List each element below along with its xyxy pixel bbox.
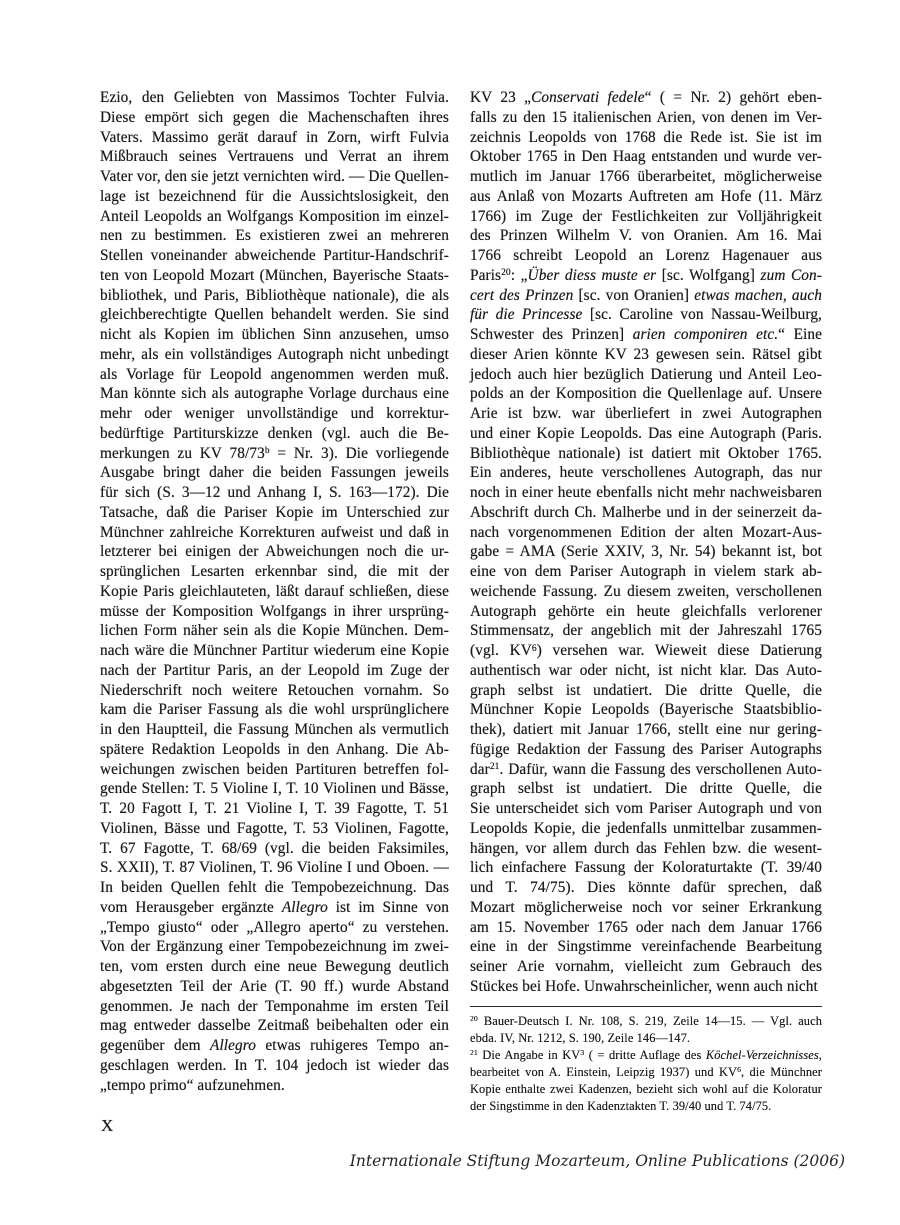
text-line: und einer Kopie Leopolds. Das eine Autog…: [470, 424, 822, 444]
text-line: 21 Die Angabe in KV3 ( = dritte Auflage …: [470, 1047, 822, 1064]
footnote-separator-rule: [470, 1006, 822, 1007]
text-line: als Vorlage für Leopold angenommen werde…: [100, 365, 449, 385]
text-line: graph selbst ist undatiert. Die dritte Q…: [470, 681, 822, 701]
text-line: zeichnis Leopolds von 1768 die Rede ist.…: [470, 128, 822, 148]
text-line: falls zu den 15 italienischen Arien, von…: [470, 108, 822, 128]
text-line: Anteil Leopolds an Wolfgangs Komposition…: [100, 207, 449, 227]
text-line: nicht als Kopien im üblichen Sinn anzuse…: [100, 325, 449, 345]
text-line: Niederschrift noch weitere Retouchen vor…: [100, 681, 449, 701]
text-line: authentisch war oder nicht, ist nicht kl…: [470, 661, 822, 681]
text-line: Kopie Paris gleichlauteten, läßt darauf …: [100, 582, 449, 602]
text-line: Stimmensatz, der angeblich mit der Jahre…: [470, 621, 822, 641]
text-line: Tatsache, daß die Pariser Kopie im Unter…: [100, 503, 449, 523]
text-line: Ein anderes, heute verschollenes Autogra…: [470, 463, 822, 483]
right-text-column: KV 23 „Conservati fedele“ ( = Nr. 2) geh…: [470, 88, 822, 1115]
text-line: lich einfachere Fassung der Koloraturtak…: [470, 858, 822, 878]
text-line: mag entweder dasselbe Zeitmaß beibehalte…: [100, 1016, 449, 1036]
text-line: Man könnte sich als autographe Vorlage d…: [100, 384, 449, 404]
text-line: des Prinzen Wilhelm V. von Oranien. Am 1…: [470, 226, 822, 246]
text-line: 1766) im Zuge der Festlichkeiten zur Vol…: [470, 207, 822, 227]
text-line: weichende Fassung. Zu diesem zweiten, ve…: [470, 582, 822, 602]
text-line: dar21. Dafür, wann die Fassung des versc…: [470, 760, 822, 780]
text-line: geschlagen werden. In T. 104 jedoch ist …: [100, 1056, 449, 1076]
text-line: weichungen zwischen beiden Partituren be…: [100, 760, 449, 780]
text-line: thek), datiert mit Januar 1766, stellt e…: [470, 720, 822, 740]
publication-footer: Internationale Stiftung Mozarteum, Onlin…: [350, 1152, 845, 1170]
text-line: abgesetzten Teil der Arie (T. 90 ff.) wu…: [100, 977, 449, 997]
text-line: bibliothek, und Paris, Bibliothèque nati…: [100, 286, 449, 306]
text-line: nach wäre die Münchner Partitur wiederum…: [100, 641, 449, 661]
text-line: Ausgabe bringt daher die beiden Fassunge…: [100, 463, 449, 483]
text-line: mehr, als ein vollständiges Autograph ni…: [100, 345, 449, 365]
text-line: Stellen voneinander abweichende Partitur…: [100, 246, 449, 266]
text-line: Mozart möglicherweise noch vor seiner Er…: [470, 898, 822, 918]
text-line: Arie ist bzw. war überliefert in zwei Au…: [470, 404, 822, 424]
text-line: Autograph gehörte ein heute gleichfalls …: [470, 602, 822, 622]
text-line: fügige Redaktion der Fassung des Pariser…: [470, 740, 822, 760]
document-page: Ezio, den Geliebten von Massimos Tochter…: [0, 0, 900, 1225]
page-number: X: [101, 1116, 113, 1136]
text-line: noch in einer heute ebenfalls nicht mehr…: [470, 483, 822, 503]
text-line: mehr oder weniger unvollständige und kor…: [100, 404, 449, 424]
footnote-20: 20 Bauer-Deutsch I. Nr. 108, S. 219, Zei…: [470, 1013, 822, 1047]
text-line: Sie unterscheidet sich vom Pariser Autog…: [470, 799, 822, 819]
text-line: (vgl. KV6) versehen war. Wieweit diese D…: [470, 641, 822, 661]
text-line: gabe = AMA (Serie XXIV, 3, Nr. 54) bekan…: [470, 542, 822, 562]
text-line: in den Hauptteil, die Fassung München al…: [100, 720, 449, 740]
text-line: Mißbrauch seines Vertrauens und Verrat a…: [100, 147, 449, 167]
two-column-text-block: Ezio, den Geliebten von Massimos Tochter…: [100, 88, 822, 1115]
text-line: Leopolds Kopie, die jedenfalls unmittelb…: [470, 819, 822, 839]
text-line: für sich (S. 3—12 und Anhang I, S. 163—1…: [100, 483, 449, 503]
text-line: Kopie enthalte zwei Kadenzen, bezieht si…: [470, 1081, 822, 1098]
text-line: Münchner Kopie Leopolds (Bayerische Staa…: [470, 700, 822, 720]
text-line: hängen, vor allem durch das Fehlen bzw. …: [470, 839, 822, 859]
text-line: Vaters. Massimo gerät darauf in Zorn, wi…: [100, 128, 449, 148]
text-line: genommen. Je nach der Temponahme im erst…: [100, 997, 449, 1017]
text-line: merkungen zu KV 78/73b = Nr. 3). Die vor…: [100, 444, 449, 464]
text-line: dieser Arien könnte KV 23 gewesen sein. …: [470, 345, 822, 365]
text-line: Oktober 1765 in Den Haag entstanden und …: [470, 147, 822, 167]
text-line: Ezio, den Geliebten von Massimos Tochter…: [100, 88, 449, 108]
footnote-21: 21 Die Angabe in KV3 ( = dritte Auflage …: [470, 1047, 822, 1115]
text-line: cert des Prinzen [sc. von Oranien] etwas…: [470, 286, 822, 306]
text-line: lage ist bezeichnend für die Aussichtslo…: [100, 187, 449, 207]
right-column-body: KV 23 „Conservati fedele“ ( = Nr. 2) geh…: [470, 88, 822, 997]
text-line: und T. 74/75). Dies könnte dafür spreche…: [470, 878, 822, 898]
text-line: Schwester des Prinzen] arien componiren …: [470, 325, 822, 345]
text-line: seiner Arie vornahm, vielleicht zum Gebr…: [470, 957, 822, 977]
text-line: KV 23 „Conservati fedele“ ( = Nr. 2) geh…: [470, 88, 822, 108]
text-line: für die Princesse [sc. Caroline von Nass…: [470, 305, 822, 325]
left-text-column: Ezio, den Geliebten von Massimos Tochter…: [100, 88, 449, 1115]
text-line: Von der Ergänzung einer Tempobezeichnung…: [100, 937, 449, 957]
text-line: T. 20 Fagott I, T. 21 Violine I, T. 39 F…: [100, 799, 449, 819]
text-line: vom Herausgeber ergänzte Allegro ist im …: [100, 898, 449, 918]
text-line: nen zu bestimmen. Es existieren zwei an …: [100, 226, 449, 246]
text-line: gende Stellen: T. 5 Violine I, T. 10 Vio…: [100, 779, 449, 799]
text-line: ebda. IV, Nr. 1212, S. 190, Zeile 146—14…: [470, 1030, 822, 1047]
text-line: Paris20: „Über diess muste er [sc. Wolfg…: [470, 266, 822, 286]
text-line: aus Anlaß von Mozarts Auftreten am Hofe …: [470, 187, 822, 207]
text-line: kam die Pariser Fassung als die wohl urs…: [100, 700, 449, 720]
text-line: gleichberechtigte Quellen behandelt werd…: [100, 305, 449, 325]
text-line: spätere Redaktion Leopolds in den Anhang…: [100, 740, 449, 760]
text-line: letzterer bei einigen der Abweichungen n…: [100, 542, 449, 562]
text-line: jedoch auch hier bezüglich Datierung und…: [470, 365, 822, 385]
text-line: der Singstimme in den Kadenztakten T. 39…: [470, 1098, 822, 1115]
text-line: 20 Bauer-Deutsch I. Nr. 108, S. 219, Zei…: [470, 1013, 822, 1030]
text-line: Violinen, Bässe und Fagotte, T. 53 Violi…: [100, 819, 449, 839]
text-line: „tempo primo“ aufzunehmen.: [100, 1076, 449, 1096]
text-line: ten, vom ersten durch eine neue Bewegung…: [100, 957, 449, 977]
text-line: lichen Form näher sein als die Kopie Mün…: [100, 621, 449, 641]
text-line: gegenüber dem Allegro etwas ruhigeres Te…: [100, 1036, 449, 1056]
text-line: Vater vor, den sie jetzt vernichten wird…: [100, 167, 449, 187]
text-line: bearbeitet von A. Einstein, Leipzig 1937…: [470, 1064, 822, 1081]
text-line: In beiden Quellen fehlt die Tempobezeich…: [100, 878, 449, 898]
text-line: ten von Leopold Mozart (München, Bayeris…: [100, 266, 449, 286]
text-line: eine von dem Pariser Autograph in vielem…: [470, 562, 822, 582]
text-line: eine in der Singstimme vereinfachende Be…: [470, 937, 822, 957]
text-line: „Tempo giusto“ oder „Allegro aperto“ zu …: [100, 918, 449, 938]
text-line: Münchner zahlreiche Korrekturen aufweist…: [100, 523, 449, 543]
footnotes-block: 20 Bauer-Deutsch I. Nr. 108, S. 219, Zei…: [470, 1013, 822, 1115]
text-line: Bibliothèque nationale) ist datiert mit …: [470, 444, 822, 464]
text-line: 1766 schreibt Leopold an Lorenz Hagenaue…: [470, 246, 822, 266]
text-line: am 15. November 1765 oder nach dem Janua…: [470, 918, 822, 938]
text-line: S. XXII), T. 87 Violinen, T. 96 Violine …: [100, 858, 449, 878]
text-line: müsse der Komposition Wolfgangs in ihrer…: [100, 602, 449, 622]
text-line: nach der Partitur Paris, an der Leopold …: [100, 661, 449, 681]
text-line: Stückes bei Hofe. Unwahrscheinlicher, we…: [470, 977, 822, 997]
text-line: mutlich im Januar 1766 überarbeitet, mög…: [470, 167, 822, 187]
text-line: graph selbst ist undatiert. Die dritte Q…: [470, 779, 822, 799]
text-line: T. 67 Fagotte, T. 68/69 (vgl. die beiden…: [100, 839, 449, 859]
text-line: sprünglichen Lesarten erkennbar sind, di…: [100, 562, 449, 582]
text-line: nach vorgenommenen Edition der alten Moz…: [470, 523, 822, 543]
text-line: polds an der Komposition die Quellenlage…: [470, 384, 822, 404]
text-line: bedürftige Partiturskizze denken (vgl. a…: [100, 424, 449, 444]
text-line: Abschrift durch Ch. Malherbe und in der …: [470, 503, 822, 523]
text-line: Diese empört sich gegen die Machenschaft…: [100, 108, 449, 128]
